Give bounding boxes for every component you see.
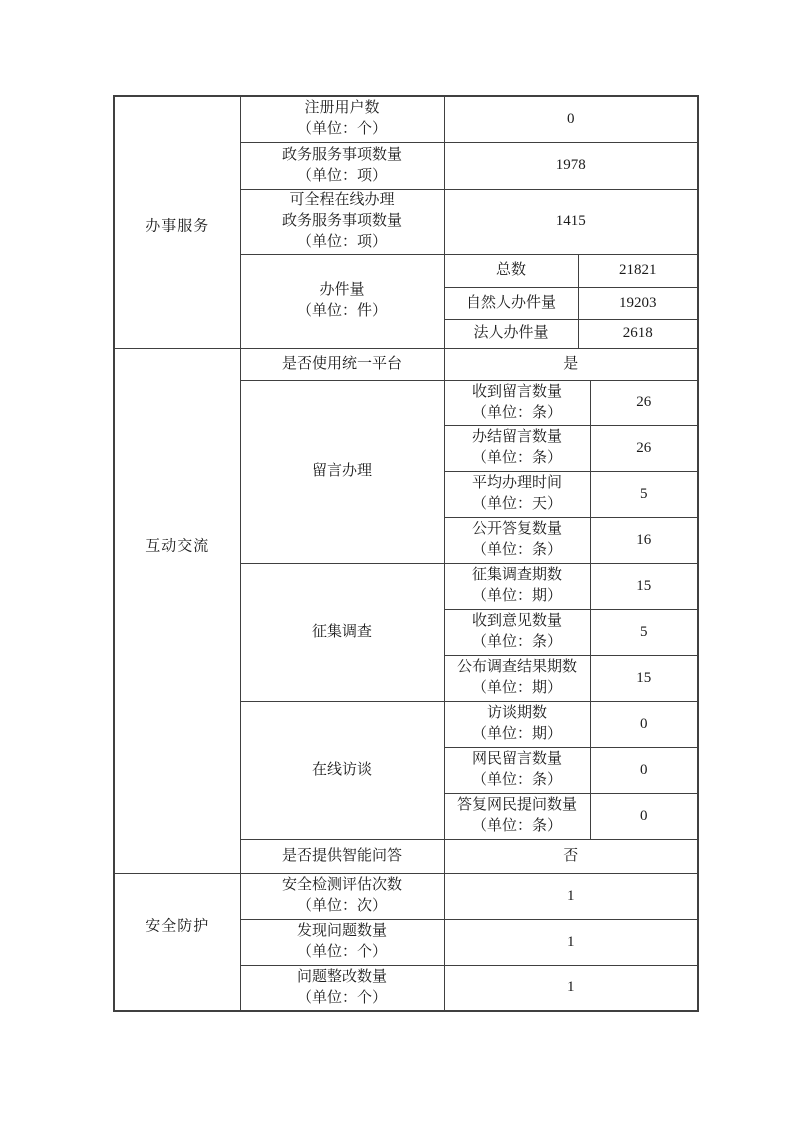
row-label-surveys: 征集调查 xyxy=(240,563,444,701)
row-label-security-assessments: 安全检测评估次数 （单位：次） xyxy=(240,873,444,919)
row-label-problems-rectified: 问题整改数量 （单位：个） xyxy=(240,965,444,1011)
sub-label-case-total: 总数 xyxy=(444,254,578,287)
sub-value-interview-periods: 0 xyxy=(590,701,698,747)
category-cell-interaction: 互动交流 xyxy=(114,348,240,873)
category-label-security: 安全防护 xyxy=(115,916,240,937)
row-label-interviews: 在线访谈 xyxy=(240,701,444,839)
category-cell-services: 办事服务 xyxy=(114,96,240,348)
sub-value-interview-messages: 0 xyxy=(590,747,698,793)
row-label-problems-found: 发现问题数量 （单位：个） xyxy=(240,919,444,965)
row-value-unified-platform: 是 xyxy=(444,348,698,380)
sub-label-avg-handling-time: 平均办理时间 （单位：天） xyxy=(444,471,590,517)
sub-label-public-replies: 公开答复数量 （单位：条） xyxy=(444,517,590,563)
row-value-registered-users: 0 xyxy=(444,96,698,142)
row-label-message-handling: 留言办理 xyxy=(240,380,444,563)
sub-label-case-natural-person: 自然人办件量 xyxy=(444,287,578,319)
category-cell-security: 安全防护 xyxy=(114,873,240,1011)
sub-value-avg-handling-time: 5 xyxy=(590,471,698,517)
category-label-services: 办事服务 xyxy=(115,217,240,238)
sub-value-public-replies: 16 xyxy=(590,517,698,563)
sub-value-survey-opinions: 5 xyxy=(590,609,698,655)
sub-value-interview-replies: 0 xyxy=(590,793,698,839)
row-value-problems-found: 1 xyxy=(444,919,698,965)
row-value-service-items: 1978 xyxy=(444,142,698,189)
sub-label-interview-periods: 访谈期数 （单位：期） xyxy=(444,701,590,747)
sub-label-interview-messages: 网民留言数量 （单位：条） xyxy=(444,747,590,793)
sub-value-case-total: 21821 xyxy=(578,254,698,287)
sub-label-survey-periods: 征集调查期数 （单位：期） xyxy=(444,563,590,609)
sub-label-survey-published: 公布调查结果期数 （单位：期） xyxy=(444,655,590,701)
row-label-smart-qa: 是否提供智能问答 xyxy=(240,839,444,873)
sub-value-case-natural-person: 19203 xyxy=(578,287,698,319)
category-label-interaction: 互动交流 xyxy=(115,536,240,557)
statistics-table: 办事服务 注册用户数 （单位：个） 0 政务服务事项数量 （单位：项） 1978… xyxy=(113,95,699,1012)
row-value-problems-rectified: 1 xyxy=(444,965,698,1011)
row-value-online-full-process: 1415 xyxy=(444,189,698,254)
row-label-registered-users: 注册用户数 （单位：个） xyxy=(240,96,444,142)
sub-label-interview-replies: 答复网民提问数量 （单位：条） xyxy=(444,793,590,839)
row-label-service-items: 政务服务事项数量 （单位：项） xyxy=(240,142,444,189)
sub-value-survey-periods: 15 xyxy=(590,563,698,609)
sub-value-messages-completed: 26 xyxy=(590,425,698,471)
row-label-online-full-process: 可全程在线办理 政务服务事项数量 （单位：项） xyxy=(240,189,444,254)
row-value-security-assessments: 1 xyxy=(444,873,698,919)
sub-label-case-legal-person: 法人办件量 xyxy=(444,319,578,348)
row-label-case-volume: 办件量 （单位：件） xyxy=(240,254,444,348)
row-label-unified-platform: 是否使用统一平台 xyxy=(240,348,444,380)
sub-value-survey-published: 15 xyxy=(590,655,698,701)
sub-value-messages-received: 26 xyxy=(590,380,698,425)
row-value-smart-qa: 否 xyxy=(444,839,698,873)
sub-label-messages-completed: 办结留言数量 （单位：条） xyxy=(444,425,590,471)
sub-label-survey-opinions: 收到意见数量 （单位：条） xyxy=(444,609,590,655)
sub-label-messages-received: 收到留言数量 （单位：条） xyxy=(444,380,590,425)
document-page: 办事服务 注册用户数 （单位：个） 0 政务服务事项数量 （单位：项） 1978… xyxy=(0,0,793,1122)
sub-value-case-legal-person: 2618 xyxy=(578,319,698,348)
